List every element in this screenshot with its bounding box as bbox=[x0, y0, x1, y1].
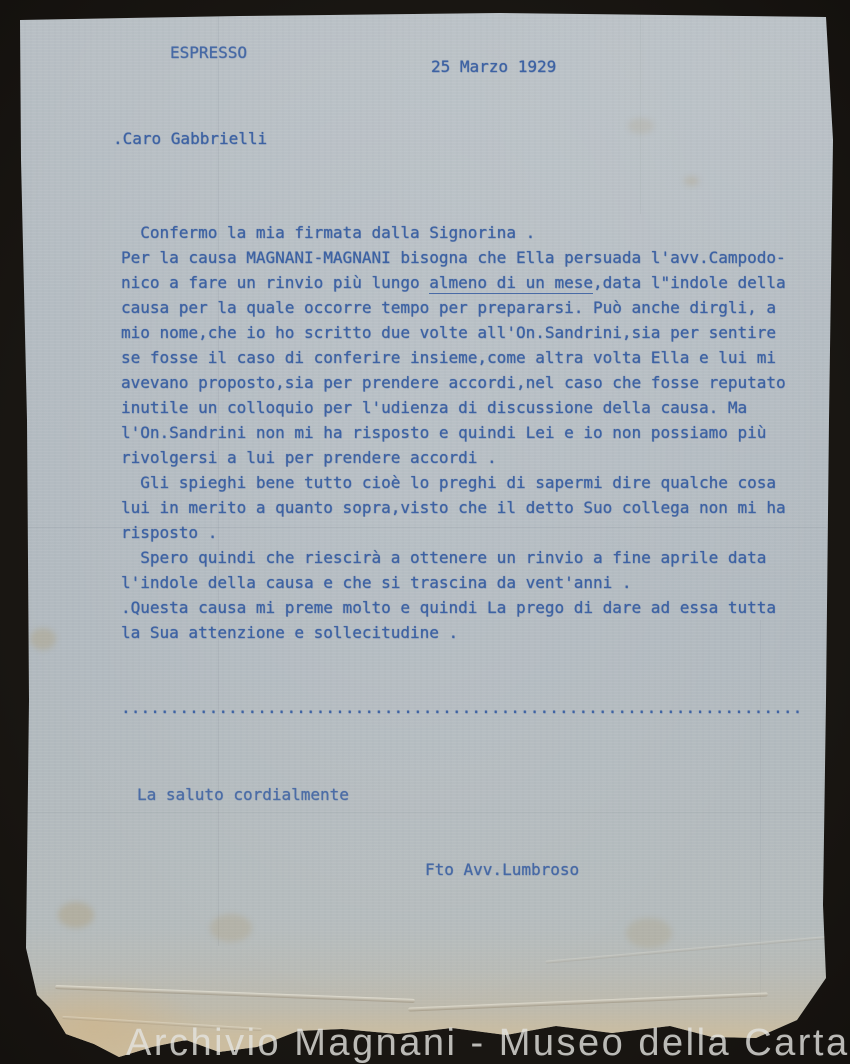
letter-line: se fosse il caso di conferire insieme,co… bbox=[121, 345, 802, 370]
letter-line: Per la causa MAGNANI-MAGNANI bisogna che… bbox=[121, 245, 802, 270]
underlined-phrase: almeno di un mese bbox=[429, 273, 593, 294]
letter-tag: ESPRESSO bbox=[170, 40, 247, 65]
letter-line: Spero quindi che riescirà a ottenere un … bbox=[121, 545, 802, 570]
letter-signature: Fto Avv.Lumbroso bbox=[121, 857, 802, 882]
letter-line: Confermo la mia firmata dalla Signorina … bbox=[121, 220, 802, 245]
paper-stain bbox=[628, 118, 654, 134]
letter-paper: ESPRESSO 25 Marzo 1929 .Caro Gabbrielli … bbox=[0, 0, 850, 1064]
scan-background: ESPRESSO 25 Marzo 1929 .Caro Gabbrielli … bbox=[0, 0, 850, 1064]
letter-line: rivolgersi a lui per prendere accordi . bbox=[121, 445, 802, 470]
archive-watermark: Archivio Magnani - Museo della Carta bbox=[126, 1022, 850, 1064]
letter-closing: La saluto cordialmente bbox=[121, 782, 802, 807]
letter-salutation: .Caro Gabbrielli bbox=[113, 126, 267, 151]
letter-line: Gli spieghi bene tutto cioè lo preghi di… bbox=[121, 470, 802, 495]
letter-line: nico a fare un rinvio più lungo almeno d… bbox=[121, 270, 802, 295]
letter-line: l'On.Sandrini non mi ha risposto e quind… bbox=[121, 420, 802, 445]
letter-line: avevano proposto,sia per prendere accord… bbox=[121, 370, 802, 395]
separator-dots: ........................................… bbox=[121, 695, 802, 720]
letter-paragraphs: Confermo la mia firmata dalla Signorina … bbox=[121, 220, 802, 645]
letter-line: la Sua attenzione e sollecitudine . bbox=[121, 620, 802, 645]
letter-line: l'indole della causa e che si trascina d… bbox=[121, 570, 802, 595]
letter-body: Confermo la mia firmata dalla Signorina … bbox=[121, 170, 802, 932]
paper-stain bbox=[58, 902, 94, 928]
letter-line: inutile un colloquio per l'udienza di di… bbox=[121, 395, 802, 420]
paper-stain bbox=[30, 628, 56, 650]
letter-line: .Questa causa mi preme molto e quindi La… bbox=[121, 595, 802, 620]
letter-date: 25 Marzo 1929 bbox=[431, 54, 556, 79]
letter-line: risposto . bbox=[121, 520, 802, 545]
letter-line: mio nome,che io ho scritto due volte all… bbox=[121, 320, 802, 345]
letter-line: lui in merito a quanto sopra,visto che i… bbox=[121, 495, 802, 520]
letter-line: causa per la quale occorre tempo per pre… bbox=[121, 295, 802, 320]
